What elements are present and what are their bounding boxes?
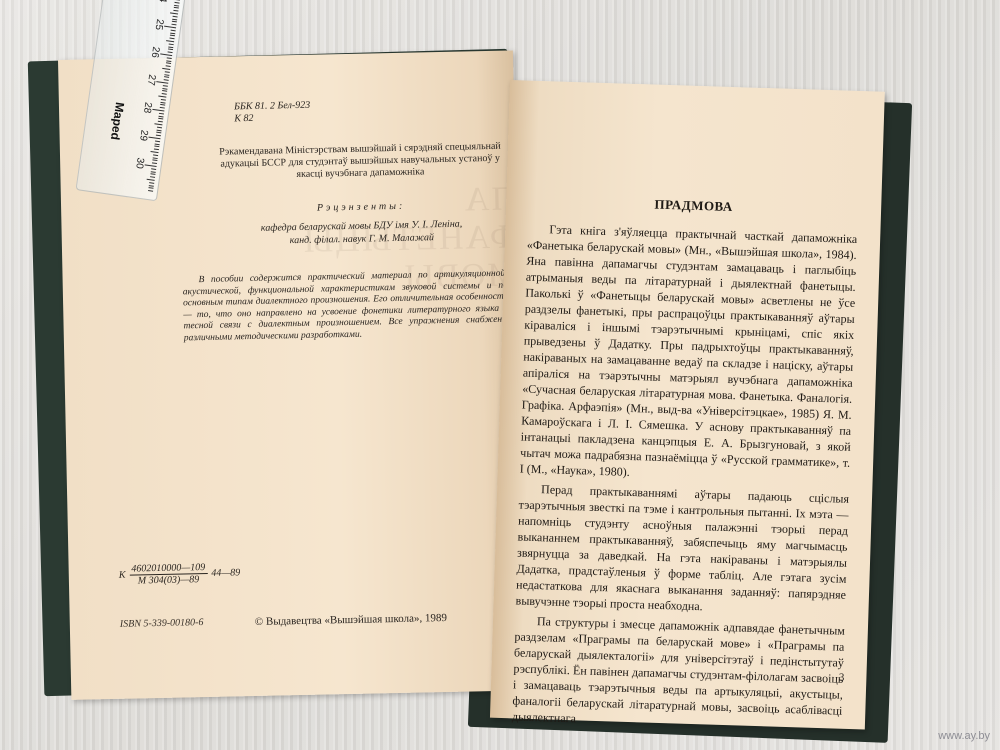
ruler-mark-label: 27 — [145, 74, 157, 87]
publisher-copyright: © Выдавецтва «Вышэйшая школа», 1989 — [255, 612, 447, 628]
isbn: ISBN 5-339-00180-6 — [120, 617, 204, 630]
ruler-mark-label: 25 — [153, 18, 165, 31]
preface-body: Гэта кніга з'яўляецца практычнай часткай… — [512, 221, 858, 739]
preface-paragraph: Па структуры і змесце дапаможнік адпавяд… — [512, 612, 845, 734]
catalog-code: К 4602010000—109 М 304(03)—89 44—89 — [119, 561, 241, 587]
book-annotation: В пособии содержится практический матери… — [183, 269, 509, 345]
preface-paragraph: Перад практыкаваннямі аўтары падаюць сці… — [515, 480, 849, 618]
ruler-brand-logo: Maped — [108, 101, 127, 141]
ruler-mark-label: 30 — [133, 157, 145, 170]
ruler-mark-label: 29 — [137, 129, 149, 142]
page-number: 3 — [839, 672, 845, 684]
bbk-classification: ББК 81. 2 Бел-923 К 82 — [234, 100, 311, 126]
watermark: www.ay.by — [938, 730, 990, 742]
page-title: ПРАДМОВА — [506, 192, 881, 220]
ruler-mark-label: 24 — [156, 0, 168, 3]
ruler-mark-label: 28 — [141, 101, 153, 114]
ruler-mark-label: 26 — [149, 46, 161, 59]
ministry-recommendation: Рэкамендавана Міністэрствам вышэйшай і с… — [210, 141, 511, 183]
preface-paragraph: Гэта кніга з'яўляецца практычнай часткай… — [520, 221, 858, 487]
right-page: ПРАДМОВА Гэта кніга з'яўляецца практычна… — [490, 80, 885, 729]
